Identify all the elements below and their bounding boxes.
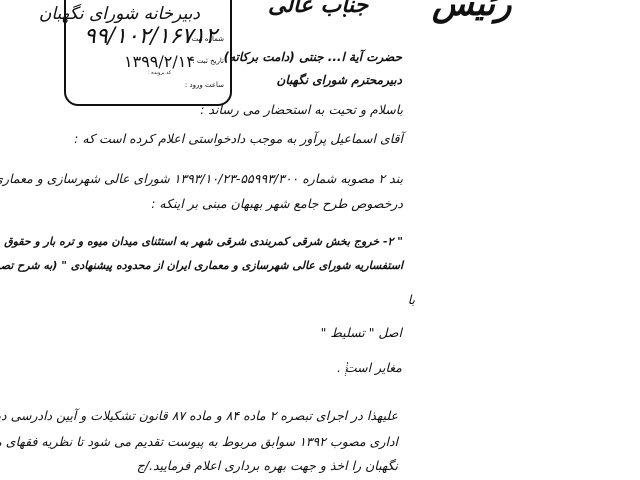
stamp-case-code-label: کد پرونده : <box>148 70 171 76</box>
clause-line-2: درخصوص طرح جامع شهر بهبهان مبنی بر اینکه… <box>151 196 403 211</box>
closing-line-2: اداری مصوب ۱۳۹۲ سوابق مربوط به پیوست تقد… <box>0 434 398 449</box>
closing-line-1: علیهذا در اجرای تبصره ۲ ماده ۸۴ و ماده ۸… <box>0 408 398 423</box>
stamp-entry-time-label: ساعت ورود : <box>185 81 224 89</box>
principle-line: اصل " تسلیط " <box>321 325 402 340</box>
letterhead-title: رئیس <box>432 0 512 24</box>
quoted-clause-line-2: استفساریه شورای عالی شهرسازی و معماری ای… <box>0 259 403 272</box>
ink-dot <box>343 14 346 17</box>
letterhead-left-script: جناب عالی <box>268 0 368 18</box>
stamp-registration-number-label: شماره ثبت : <box>187 35 224 43</box>
stamp-registration-date-label: تاریخ ثبت : <box>192 57 224 65</box>
recipient-line-2: دبیرمحترم شورای نگهبان <box>277 73 403 87</box>
registration-stamp: دبیرخانه شورای نگهبان ۹۹/۱۰۲/۱۶۷۱۲ شماره… <box>64 0 232 106</box>
with-word: با <box>408 292 415 307</box>
intro-line: آقای اسماعیل پرآور به موجب دادخواستی اعل… <box>74 131 403 146</box>
closing-line-3: نگهبان را اخذ و جهت بهره برداری اعلام فر… <box>137 458 398 473</box>
recipient-line-1: حضرت آیة ا... جنتی (دامت برکاته) <box>224 50 402 64</box>
stamp-registration-date: ۱۳۹۹/۲/۱۴ <box>124 52 195 71</box>
greeting-line: باسلام و تحیت به استحضار می رساند : <box>200 102 403 117</box>
quoted-clause-line-1: " ۲- خروج بخش شرقی کمربندی شرقی شهر به ا… <box>0 235 403 248</box>
stamp-title: دبیرخانه شورای نگهبان <box>39 4 200 24</box>
scanned-letter-page: رئیس جناب عالی دبیرخانه شورای نگهبان ۹۹/… <box>0 0 640 480</box>
clause-line-1: بند ۲ مصوبه شماره ۵۵۹۹۳/۳۰۰-۱۳۹۳/۱۰/۲۳ ش… <box>0 171 403 186</box>
